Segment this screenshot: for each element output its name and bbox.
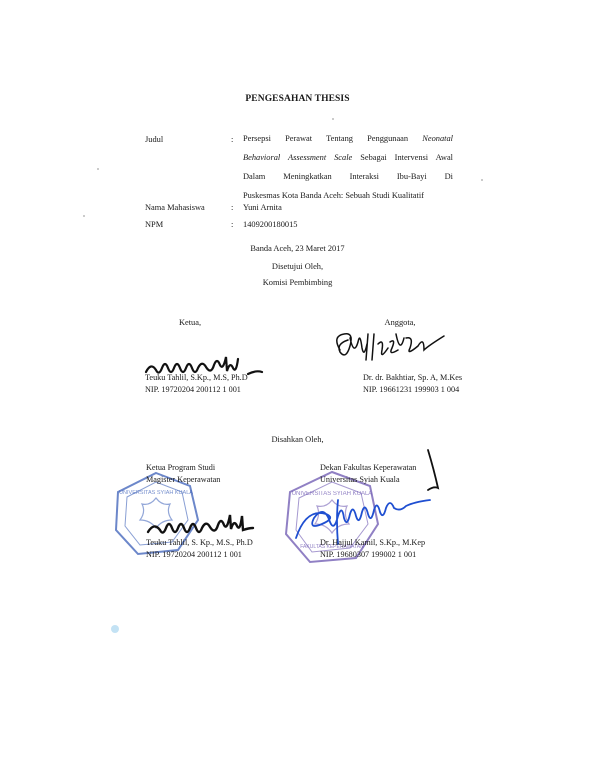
judul-value: Persepsi Perawat Tentang Penggunaan Neon… — [243, 129, 453, 205]
ketua-nip: NIP. 19720204 200112 1 001 — [145, 384, 241, 395]
nama-label: Nama Mahasiswa — [145, 203, 205, 212]
judul-colon: : — [231, 135, 233, 144]
judul-line-3: Dalam Meningkatkan Interaksi Ibu-Bayi Di — [243, 167, 453, 186]
dekan-role-2: Universitas Syiah Kuala — [320, 474, 400, 485]
stamp-right-top-text: UNIVERSITAS SYIAH KUALA — [292, 491, 373, 497]
dekan-initial-mark — [425, 448, 445, 493]
kaprodi-nip: NIP. 19720204 200112 1 001 — [146, 549, 242, 560]
npm-value: 1409200180015 — [243, 220, 297, 229]
page-title: PENGESAHAN THESIS — [0, 94, 595, 104]
nama-colon: : — [231, 203, 233, 212]
kaprodi-role-2: Magister Keperawatan — [146, 474, 220, 485]
committee-label: Komisi Pembimbing — [0, 278, 595, 287]
ketua-role: Ketua, — [130, 318, 250, 327]
scan-speck — [481, 179, 483, 181]
dekan-role-1: Dekan Fakultas Keperawatan — [320, 462, 416, 473]
scan-smudge — [111, 625, 119, 633]
judul-line-2: Behavioral Assessment Scale Sebagai Inte… — [243, 148, 453, 167]
nama-value: Yuni Arnita — [243, 203, 282, 212]
scan-speck — [97, 168, 99, 170]
anggota-role: Anggota, — [340, 318, 460, 327]
place-date: Banda Aceh, 23 Maret 2017 — [0, 244, 595, 253]
stamp-left-text: UNIVERSITAS SYIAH KUALA — [119, 490, 193, 496]
ratified-by: Disahkan Oleh, — [0, 435, 595, 444]
anggota-nip: NIP. 19661231 199903 1 004 — [363, 384, 459, 395]
ketua-name: Teuku Tahlil, S.Kp., M.S, Ph.D — [145, 372, 248, 383]
judul-line-1: Persepsi Perawat Tentang Penggunaan Neon… — [243, 129, 453, 148]
npm-colon: : — [231, 220, 233, 229]
npm-label: NPM — [145, 220, 163, 229]
approved-by: Disetujui Oleh, — [0, 262, 595, 271]
anggota-signature — [330, 330, 440, 372]
kaprodi-name: Teuku Tahlil, S. Kp., M.S., Ph.D — [146, 537, 253, 548]
dekan-name: Dr. Hajjul Kamil, S.Kp., M.Kep — [320, 537, 425, 548]
kaprodi-role-1: Ketua Program Studi — [146, 462, 215, 473]
scan-speck — [83, 215, 85, 217]
judul-label: Judul — [145, 135, 163, 144]
anggota-name: Dr. dr. Bakhtiar, Sp. A, M.Kes — [363, 372, 462, 383]
scan-speck — [332, 118, 334, 120]
dekan-nip: NIP. 19680307 199002 1 001 — [320, 549, 416, 560]
